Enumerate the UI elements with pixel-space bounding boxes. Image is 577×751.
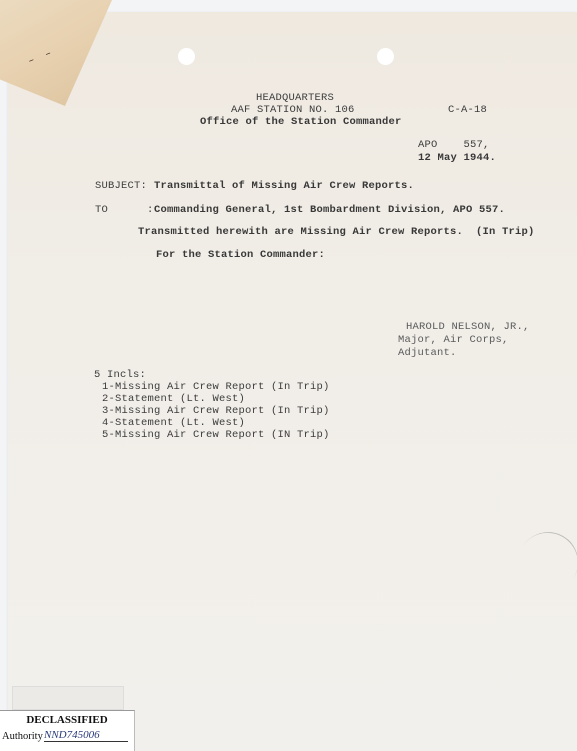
enclosures-header: 5 Incls: (94, 369, 146, 381)
file-code: C-A-18 (448, 104, 487, 116)
to-text: Commanding General, 1st Bombardment Divi… (154, 204, 505, 216)
signature-name: HAROLD NELSON, JR., (406, 321, 530, 333)
document-page: HEADQUARTERS AAF STATION NO. 106 Office … (8, 12, 577, 751)
enclosure-item: 1-Missing Air Crew Report (In Trip) (102, 381, 330, 393)
body-text: Transmitted herewith are Missing Air Cre… (138, 226, 535, 238)
paper-crease (506, 520, 577, 604)
location: APO 557, (418, 139, 490, 151)
closing-text: For the Station Commander: (156, 249, 325, 261)
header-line-3: Office of the Station Commander (200, 116, 402, 128)
enclosure-item: 4-Statement (Lt. West) (102, 417, 245, 429)
to-label: TO : (95, 204, 154, 216)
signature-title: Adjutant. (398, 347, 457, 359)
authority-value: NND745006 (44, 729, 128, 742)
header-line-1: HEADQUARTERS (256, 92, 334, 104)
enclosure-item: 2-Statement (Lt. West) (102, 393, 245, 405)
stamp-title: DECLASSIFIED (0, 714, 134, 726)
tape-strip (12, 686, 124, 710)
declassified-stamp: DECLASSIFIED Authority NND745006 (0, 710, 135, 751)
signature-rank: Major, Air Corps, (398, 334, 509, 346)
punch-hole (178, 48, 195, 65)
enclosure-item: 3-Missing Air Crew Report (In Trip) (102, 405, 330, 417)
folded-corner: – – (0, 0, 120, 110)
enclosure-item: 5-Missing Air Crew Report (IN Trip) (102, 429, 330, 441)
header-line-2: AAF STATION NO. 106 (231, 104, 355, 116)
authority-label: Authority (2, 731, 43, 742)
subject-label: SUBJECT: (95, 180, 147, 192)
punch-hole (377, 48, 394, 65)
subject-text: Transmittal of Missing Air Crew Reports. (154, 180, 414, 192)
date: 12 May 1944. (418, 152, 496, 164)
